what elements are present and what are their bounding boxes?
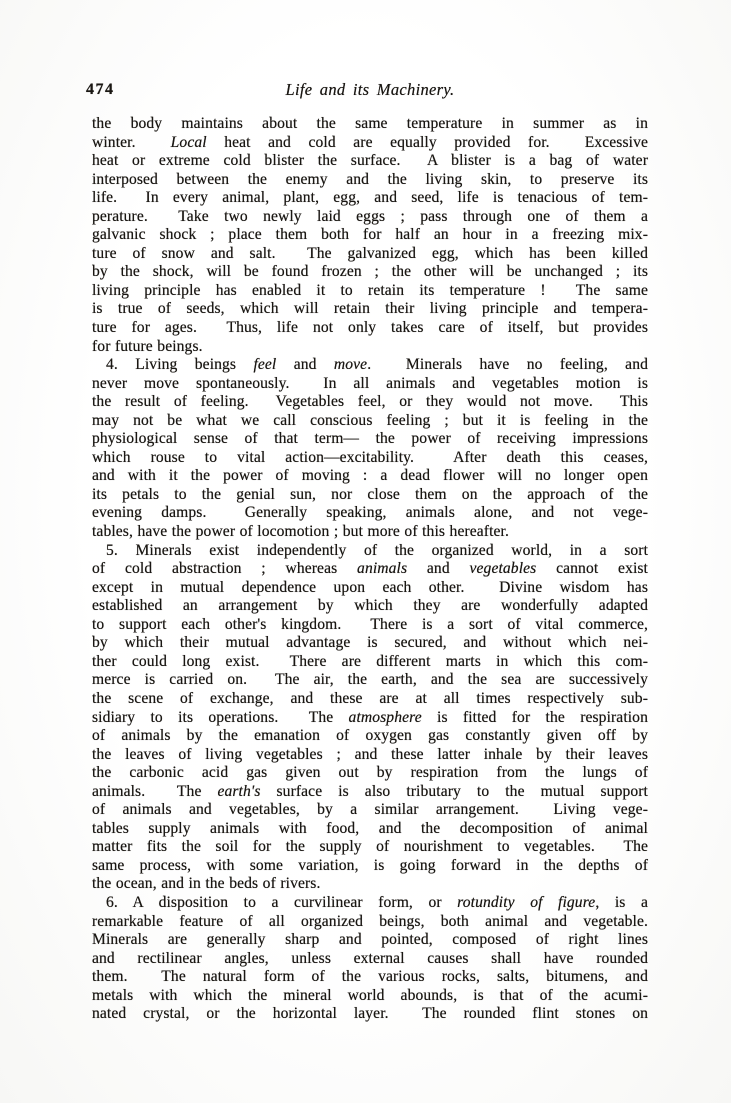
text-line: merce is carried on. The air, the earth,… — [92, 671, 648, 690]
text-segment: of cold abstraction ; whereas — [92, 560, 357, 577]
text-segment: evening damps. Generally speaking, anima… — [92, 504, 648, 521]
text-segment: to support each other's kingdom. There i… — [92, 616, 648, 633]
text-line: winter. Local heat and cold are equally … — [92, 134, 648, 153]
text-segment: is fitted for the respiration — [422, 709, 648, 726]
text-line: the body maintains about the same temper… — [92, 115, 648, 134]
text-line: by the shock, will be found frozen ; the… — [92, 263, 648, 282]
book-page-scan: 474 Life and its Machinery. the body mai… — [0, 0, 731, 1103]
page-header: 474 Life and its Machinery. — [92, 81, 648, 99]
text-line: of cold abstraction ; whereas animals an… — [92, 560, 648, 579]
text-line: ther could long exist. There are differe… — [92, 653, 648, 672]
text-line: remarkable feature of all organized bein… — [92, 913, 648, 932]
text-line: the carbonic acid gas given out by respi… — [92, 764, 648, 783]
text-segment: may not be what we call conscious feelin… — [92, 412, 648, 429]
text-segment: the ocean, and in the beds of rivers. — [92, 875, 320, 892]
text-segment: 5. Minerals exist independently of the o… — [106, 542, 648, 559]
text-segment: merce is carried on. The air, the earth,… — [92, 671, 648, 688]
text-line: perature. Take two newly laid eggs ; pas… — [92, 208, 648, 227]
text-line: galvanic shock ; place them both for hal… — [92, 226, 648, 245]
text-segment: and — [407, 560, 469, 577]
text-line: and with it the power of moving : a dead… — [92, 467, 648, 486]
text-segment: ture for ages. Thus, life not only takes… — [92, 319, 648, 336]
text-line: by which their mutual advantage is secur… — [92, 634, 648, 653]
text-segment: tables, have the power of locomotion ; b… — [92, 523, 509, 540]
text-segment: established an arrangement by which they… — [92, 597, 648, 614]
text-segment: cannot exist — [536, 560, 648, 577]
page-number: 474 — [86, 81, 115, 99]
text-line: to support each other's kingdom. There i… — [92, 616, 648, 635]
text-line: tables, have the power of locomotion ; b… — [92, 523, 648, 542]
text-segment: the body maintains about the same temper… — [92, 115, 648, 132]
text-line: may not be what we call conscious feelin… — [92, 412, 648, 431]
text-line: living principle has enabled it to retai… — [92, 282, 648, 301]
text-segment: , is a — [595, 894, 648, 911]
text-segment: except in mutual dependence upon each ot… — [92, 579, 648, 596]
italic-text-segment: earth's — [217, 783, 260, 800]
text-line: for future beings. — [92, 338, 648, 357]
text-segment: sidiary to its operations. The — [92, 709, 349, 726]
text-line: life. In every animal, plant, egg, and s… — [92, 189, 648, 208]
italic-text-segment: feel — [253, 356, 276, 373]
text-line: and rectilinear angles, unless external … — [92, 950, 648, 969]
text-segment: living principle has enabled it to retai… — [92, 282, 648, 299]
text-segment: ther could long exist. There are differe… — [92, 653, 648, 670]
text-line: 4. Living beings feel and move. Minerals… — [92, 356, 648, 375]
text-line: physiological sense of that term— the po… — [92, 430, 648, 449]
text-segment: surface is also tributary to the mutual … — [261, 783, 649, 800]
text-line: ture for ages. Thus, life not only takes… — [92, 319, 648, 338]
italic-text-segment: vegetables — [470, 560, 537, 577]
text-line: interposed between the enemy and the liv… — [92, 171, 648, 190]
text-line: the scene of exchange, and these are at … — [92, 690, 648, 709]
text-segment: them. The natural form of the various ro… — [92, 968, 648, 985]
text-segment: nated crystal, or the horizontal layer. … — [92, 1005, 648, 1022]
text-line: sidiary to its operations. The atmospher… — [92, 709, 648, 728]
text-segment: same process, with some variation, is go… — [92, 857, 648, 874]
body-text: the body maintains about the same temper… — [92, 115, 648, 1024]
text-segment: the result of feeling. Vegetables feel, … — [92, 393, 648, 410]
italic-text-segment: atmosphere — [349, 709, 422, 726]
text-segment: for future beings. — [92, 338, 203, 355]
text-segment: metals with which the mineral world abou… — [92, 987, 648, 1004]
text-line: heat or extreme cold blister the surface… — [92, 152, 648, 171]
text-segment: animals. The — [92, 783, 217, 800]
text-segment: life. In every animal, plant, egg, and s… — [92, 189, 648, 206]
text-segment: and rectilinear angles, unless external … — [92, 950, 648, 967]
text-segment: 6. A disposition to a curvilinear form, … — [106, 894, 457, 911]
text-line: Minerals are generally sharp and pointed… — [92, 931, 648, 950]
text-line: evening damps. Generally speaking, anima… — [92, 504, 648, 523]
text-line: its petals to the genial sun, nor close … — [92, 486, 648, 505]
text-segment: heat or extreme cold blister the surface… — [92, 152, 648, 169]
text-line: ture of snow and salt. The galvanized eg… — [92, 245, 648, 264]
text-segment: heat and cold are equally provided for. … — [207, 134, 648, 151]
text-segment: by the shock, will be found frozen ; the… — [92, 263, 648, 280]
text-line: same process, with some variation, is go… — [92, 857, 648, 876]
text-segment: and with it the power of moving : a dead… — [92, 467, 648, 484]
text-line: never move spontaneously. In all animals… — [92, 375, 648, 394]
italic-text-segment: move — [334, 356, 367, 373]
italic-text-segment: rotundity of figure — [457, 894, 595, 911]
text-line: established an arrangement by which they… — [92, 597, 648, 616]
text-line: the ocean, and in the beds of rivers. — [92, 875, 648, 894]
text-segment: perature. Take two newly laid eggs ; pas… — [92, 208, 648, 225]
text-block: 474 Life and its Machinery. the body mai… — [92, 81, 648, 1024]
text-line: nated crystal, or the horizontal layer. … — [92, 1005, 648, 1024]
text-line: 6. A disposition to a curvilinear form, … — [92, 894, 648, 913]
italic-text-segment: Local — [171, 134, 207, 151]
text-line: except in mutual dependence upon each ot… — [92, 579, 648, 598]
text-line: 5. Minerals exist independently of the o… — [92, 542, 648, 561]
text-segment: Minerals are generally sharp and pointed… — [92, 931, 648, 948]
text-segment: galvanic shock ; place them both for hal… — [92, 226, 648, 243]
italic-text-segment: animals — [357, 560, 407, 577]
text-segment: . Minerals have no feeling, and — [367, 356, 648, 373]
text-segment: matter fits the soil for the supply of n… — [92, 838, 648, 855]
text-segment: winter. — [92, 134, 171, 151]
text-segment: of animals and vegetables, by a similar … — [92, 801, 648, 818]
text-line: tables supply animals with food, and the… — [92, 820, 648, 839]
text-segment: is true of seeds, which will retain thei… — [92, 300, 648, 317]
text-segment: the carbonic acid gas given out by respi… — [92, 764, 648, 781]
text-line: is true of seeds, which will retain thei… — [92, 300, 648, 319]
text-line: the result of feeling. Vegetables feel, … — [92, 393, 648, 412]
text-segment: ture of snow and salt. The galvanized eg… — [92, 245, 648, 262]
text-segment: physiological sense of that term— the po… — [92, 430, 648, 447]
text-segment: and — [276, 356, 334, 373]
text-line: animals. The earth's surface is also tri… — [92, 783, 648, 802]
text-segment: its petals to the genial sun, nor close … — [92, 486, 648, 503]
text-segment: of animals by the emanation of oxygen ga… — [92, 727, 648, 744]
running-title: Life and its Machinery. — [92, 81, 648, 99]
text-segment: the scene of exchange, and these are at … — [92, 690, 648, 707]
text-segment: which rouse to vital action—excitability… — [92, 449, 648, 466]
text-line: them. The natural form of the various ro… — [92, 968, 648, 987]
text-segment: 4. Living beings — [106, 356, 253, 373]
text-line: metals with which the mineral world abou… — [92, 987, 648, 1006]
text-segment: the leaves of living vegetables ; and th… — [92, 746, 648, 763]
text-segment: never move spontaneously. In all animals… — [92, 375, 648, 392]
text-segment: interposed between the enemy and the liv… — [92, 171, 648, 188]
text-line: the leaves of living vegetables ; and th… — [92, 746, 648, 765]
text-line: of animals by the emanation of oxygen ga… — [92, 727, 648, 746]
text-line: matter fits the soil for the supply of n… — [92, 838, 648, 857]
text-line: which rouse to vital action—excitability… — [92, 449, 648, 468]
text-line: of animals and vegetables, by a similar … — [92, 801, 648, 820]
text-segment: tables supply animals with food, and the… — [92, 820, 648, 837]
text-segment: by which their mutual advantage is secur… — [92, 634, 648, 651]
text-segment: remarkable feature of all organized bein… — [92, 913, 648, 930]
